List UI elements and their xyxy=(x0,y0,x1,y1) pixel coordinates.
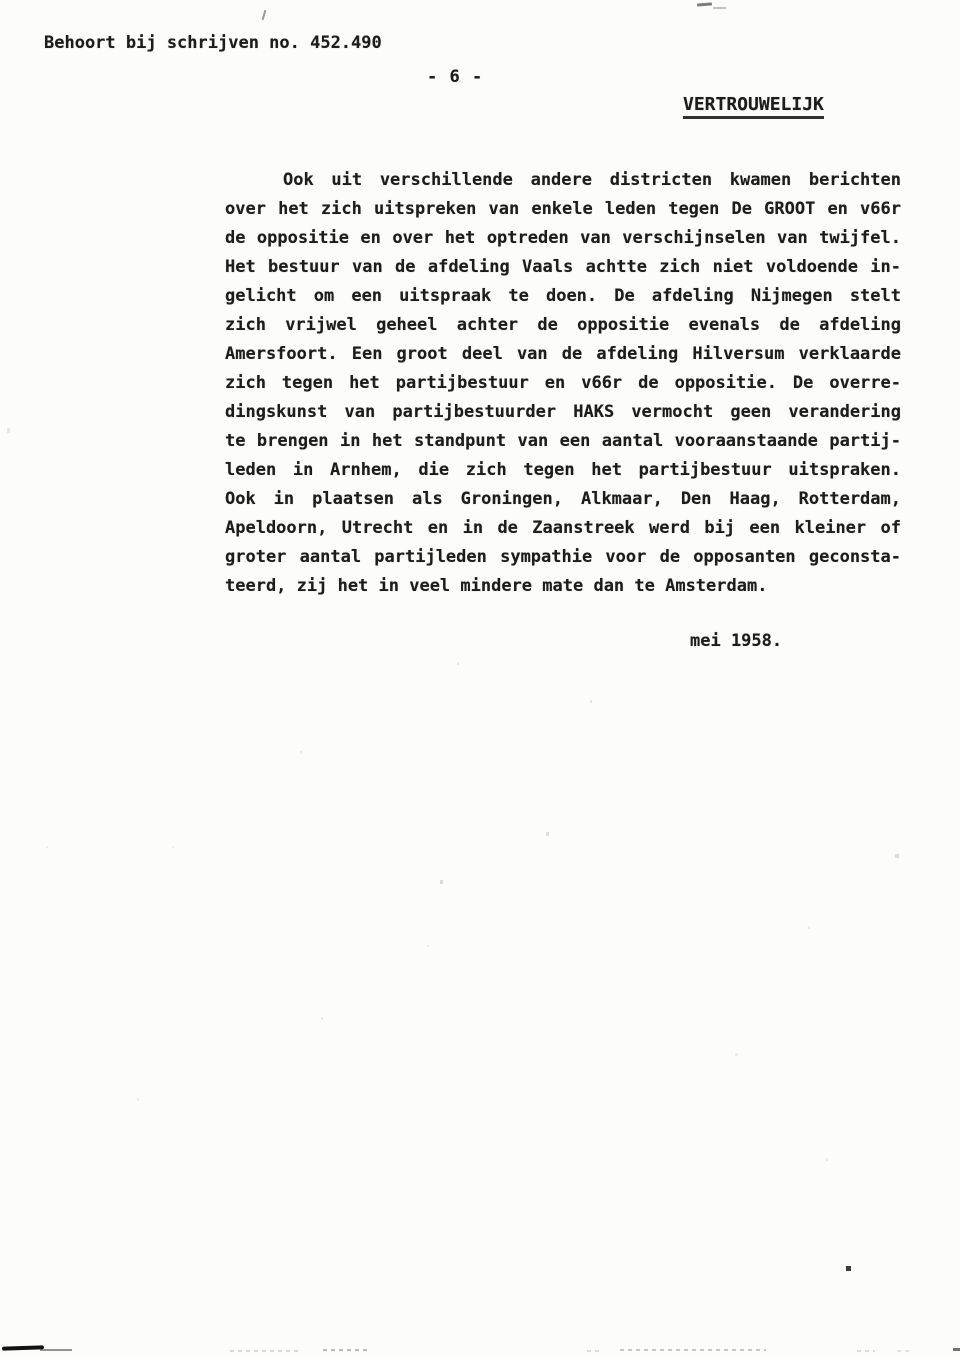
scan-dot-bottom xyxy=(846,1266,851,1271)
scan-speck xyxy=(440,880,443,884)
paragraph-line: Het bestuur van de afdeling Vaals achtte… xyxy=(225,253,901,282)
classification-stamp: VERTROUWELIJK xyxy=(683,94,824,119)
scan-bottom-dashes xyxy=(620,1349,766,1351)
paragraph-line: de oppositie en over het optreden van ve… xyxy=(225,224,901,253)
paragraph-line: Ook uit verschillende andere districten … xyxy=(225,166,901,195)
scan-speck xyxy=(808,926,810,929)
paragraph-line: over het zich uitspreken van enkele lede… xyxy=(225,195,901,224)
document-page: Behoort bij schrijven no. 452.490 - 6 - … xyxy=(0,0,960,1356)
paragraph-line: dingskunst van partijbestuurder HAKS ver… xyxy=(225,398,901,427)
scan-bottom-dashes xyxy=(897,1350,909,1352)
date-line: mei 1958. xyxy=(690,630,782,652)
scan-speck xyxy=(172,846,174,848)
reference-line: Behoort bij schrijven no. 452.490 xyxy=(44,32,382,54)
body-paragraph: Ook uit verschillende andere districten … xyxy=(225,166,901,601)
paragraph-line: gelicht om een uitspraak te doen. De afd… xyxy=(225,282,901,311)
scan-speck xyxy=(895,854,899,858)
scan-bottom-line xyxy=(40,1349,72,1351)
paragraph-line: te brengen in het standpunt van een aant… xyxy=(225,427,901,456)
scan-speck xyxy=(321,1017,323,1020)
scan-speck xyxy=(457,662,459,665)
paragraph-line: Amersfoort. Een groot deel van de afdeli… xyxy=(225,340,901,369)
paragraph-line: zich tegen het partijbestuur en v66r de … xyxy=(225,369,901,398)
scan-speck xyxy=(46,846,48,848)
scan-speck xyxy=(590,700,592,703)
scan-bottom-dashes xyxy=(323,1349,371,1351)
scan-bottom-line xyxy=(2,1345,44,1350)
paragraph-line: Ook in plaatsen als Groningen, Alkmaar, … xyxy=(225,485,901,514)
scan-bottom-dashes xyxy=(953,1348,960,1351)
scan-speck xyxy=(427,945,429,947)
scan-speck xyxy=(735,1053,738,1056)
paragraph-line: teerd, zij het in veel mindere mate dan … xyxy=(225,572,901,601)
scan-smudge-top-right xyxy=(697,2,712,6)
scan-bottom-dashes xyxy=(230,1350,300,1352)
paragraph-line: leden in Arnhem, die zich tegen het part… xyxy=(225,456,901,485)
scan-speck xyxy=(300,751,302,754)
paragraph-line: zich vrijwel geheel achter de oppositie … xyxy=(225,311,901,340)
page-number: - 6 - xyxy=(427,66,483,88)
scan-speck xyxy=(7,428,10,433)
scan-bottom-dashes xyxy=(587,1350,603,1352)
scan-speck xyxy=(826,1158,828,1161)
scan-slash-mark xyxy=(262,10,267,20)
scan-bottom-dashes xyxy=(857,1350,875,1352)
scan-speck xyxy=(137,1098,139,1101)
scan-speck xyxy=(546,832,549,836)
paragraph-line: Apeldoorn, Utrecht en in de Zaanstreek w… xyxy=(225,514,901,543)
scan-smudge-top-right xyxy=(713,7,726,9)
paragraph-line: groter aantal partijleden sympathie voor… xyxy=(225,543,901,572)
